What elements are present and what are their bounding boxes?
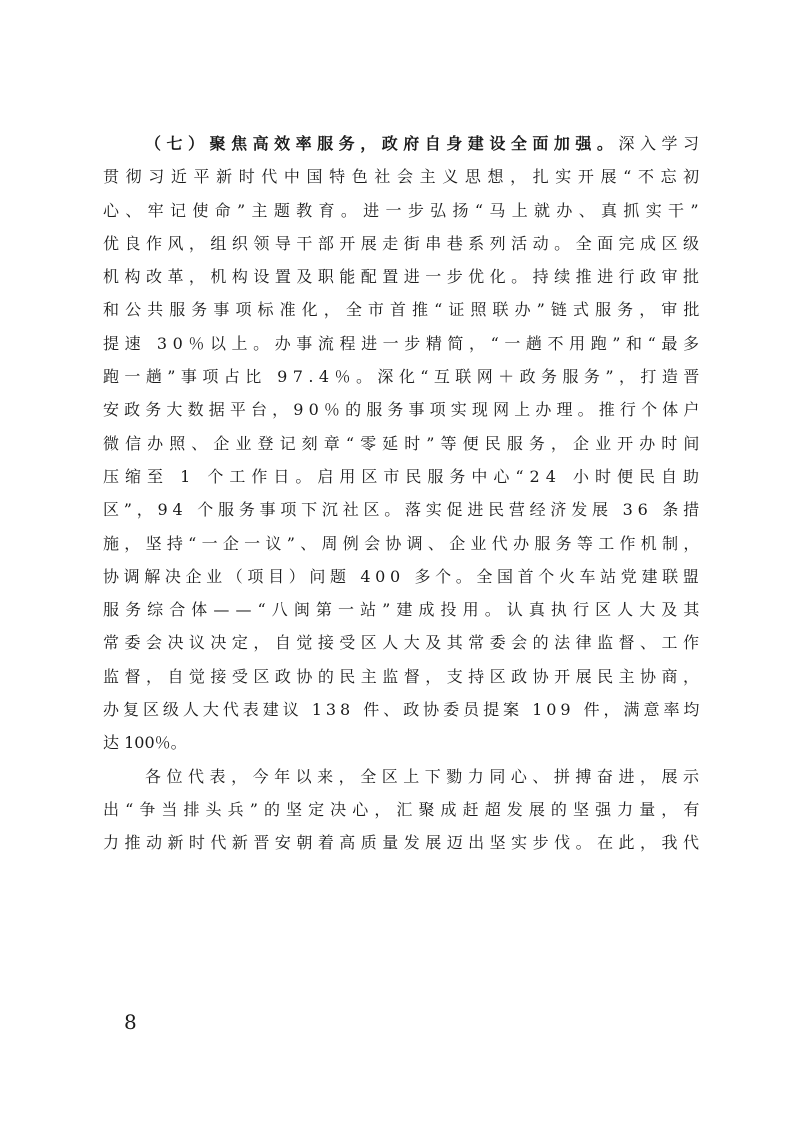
text-line: 安政务大数据平台，90％的服务事项实现网上办理。推行个体户 (103, 397, 699, 430)
text-line: 跑一趟”事项占比 97.4％。深化“互联网＋政务服务”，打造晋 (103, 364, 699, 397)
text-line: 各位代表，今年以来，全区上下勠力同心、拼搏奋进，展示 (103, 764, 699, 797)
text-line: 和公共服务事项标准化，全市首推“证照联办”链式服务，审批 (103, 297, 699, 330)
text-line: 微信办照、企业登记刻章“零延时”等便民服务，企业开办时间 (103, 431, 699, 464)
page-number: 8 (124, 1010, 137, 1034)
text-line: 贯彻习近平新时代中国特色社会主义思想，扎实开展“不忘初 (103, 164, 699, 197)
document-page: （七）聚焦高效率服务，政府自身建设全面加强。深入学习 贯彻习近平新时代中国特色社… (0, 0, 800, 1131)
paragraph-government-self-building: （七）聚焦高效率服务，政府自身建设全面加强。深入学习 贯彻习近平新时代中国特色社… (103, 131, 699, 764)
text-line: 力推动新时代新晋安朝着高质量发展迈出坚实步伐。在此，我代 (103, 830, 699, 863)
text-line: 常委会决议决定，自觉接受区人大及其常委会的法律监督、工作 (103, 630, 699, 663)
text-run: 深入学习 (618, 134, 704, 153)
text-line: 协调解决企业（项目）问题 400 多个。全国首个火车站党建联盟 (103, 564, 699, 597)
text-line: 区”，94 个服务事项下沉社区。落实促进民营经济发展 36 条措 (103, 497, 699, 530)
paragraph-summary: 各位代表，今年以来，全区上下勠力同心、拼搏奋进，展示 出“争当排头兵”的坚定决心… (103, 764, 699, 864)
text-line: 提速 30％以上。办事流程进一步精简，“一趟不用跑”和“最多 (103, 331, 699, 364)
text-line: （七）聚焦高效率服务，政府自身建设全面加强。深入学习 (103, 131, 699, 164)
text-line: 监督，自觉接受区政协的民主监督，支持区政协开展民主协商， (103, 664, 699, 697)
text-line: 办复区级人大代表建议 138 件、政协委员提案 109 件，满意率均 (103, 697, 699, 730)
text-line: 服务综合体——“八闽第一站”建成投用。认真执行区人大及其 (103, 597, 699, 630)
text-line: 优良作风，组织领导干部开展走街串巷系列活动。全面完成区级 (103, 231, 699, 264)
section-heading: （七）聚焦高效率服务，政府自身建设全面加强。 (145, 134, 618, 153)
text-line: 心、牢记使命”主题教育。进一步弘扬“马上就办、真抓实干” (103, 198, 699, 231)
text-line: 压缩至 1 个工作日。启用区市民服务中心“24 小时便民自助 (103, 464, 699, 497)
text-line: 达 100％。 (103, 730, 699, 763)
text-line: 机构改革，机构设置及职能配置进一步优化。持续推进行政审批 (103, 264, 699, 297)
body-text: （七）聚焦高效率服务，政府自身建设全面加强。深入学习 贯彻习近平新时代中国特色社… (103, 131, 699, 864)
text-line: 施，坚持“一企一议”、周例会协调、企业代办服务等工作机制， (103, 531, 699, 564)
text-line: 出“争当排头兵”的坚定决心，汇聚成赶超发展的坚强力量，有 (103, 797, 699, 830)
